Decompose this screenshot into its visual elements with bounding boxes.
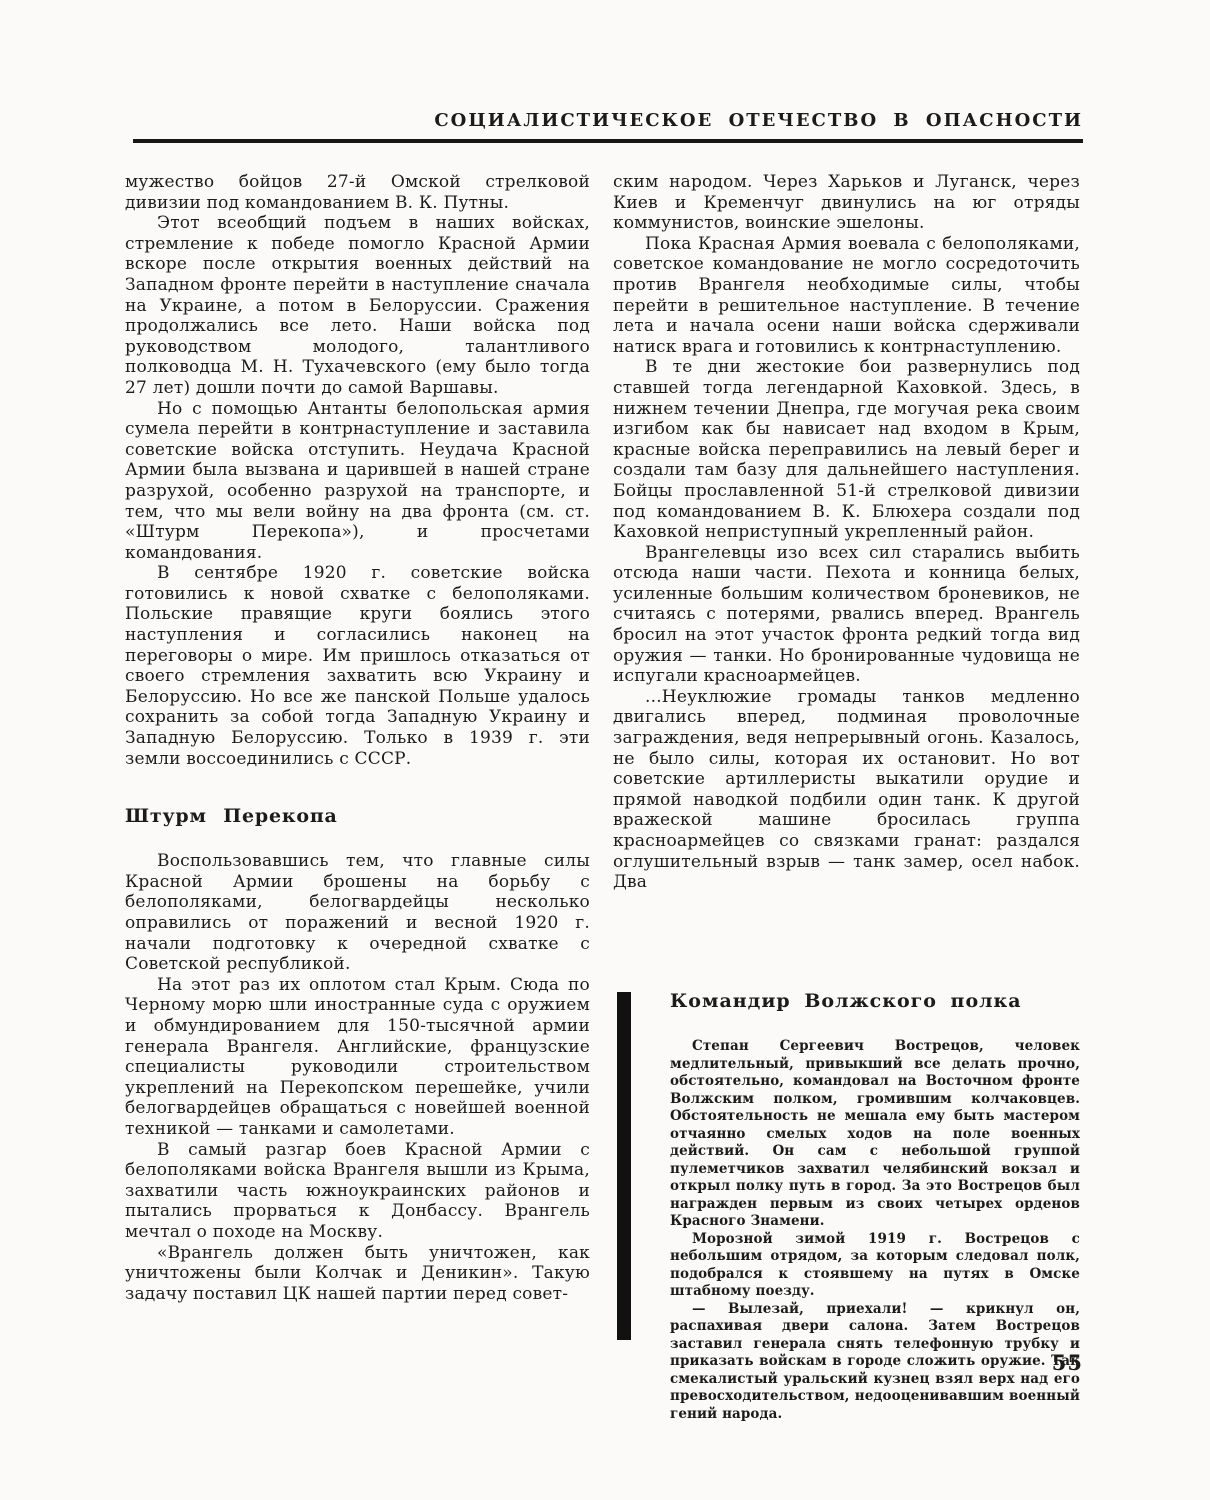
running-title: СОЦИАЛИСТИЧЕСКОЕ ОТЕЧЕСТВО В ОПАСНОСТИ	[133, 110, 1083, 131]
paragraph: ским народом. Через Харьков и Луганск, ч…	[613, 172, 1080, 234]
left-column: мужество бойцов 27-й Омской стрелковой д…	[125, 172, 590, 1304]
sidebar-heading: Командир Волжского полка	[670, 990, 1080, 1012]
book-page: СОЦИАЛИСТИЧЕСКОЕ ОТЕЧЕСТВО В ОПАСНОСТИ м…	[0, 0, 1210, 1500]
section-heading: Штурм Перекопа	[125, 805, 590, 827]
paragraph: В сентябре 1920 г. советские войска гото…	[125, 563, 590, 769]
paragraph: Но с помощью Антанты белопольская армия …	[125, 399, 590, 564]
paragraph: В самый разгар боев Красной Армии с бело…	[125, 1140, 590, 1243]
paragraph: Врангелевцы изо всех сил старались выбит…	[613, 543, 1080, 687]
sidebar-paragraph: Морозной зимой 1919 г. Вострецов с небол…	[670, 1231, 1080, 1301]
paragraph: ...Неуклюжие громады танков медленно дви…	[613, 687, 1080, 893]
sidebar-paragraph: Степан Сергеевич Вострецов, человек медл…	[670, 1038, 1080, 1231]
paragraph: На этот раз их оплотом стал Крым. Сюда п…	[125, 975, 590, 1140]
right-column: ским народом. Через Харьков и Луганск, ч…	[613, 172, 1080, 893]
page-number: 55	[133, 1350, 1083, 1375]
sidebar-accent-bar	[617, 992, 631, 1340]
paragraph: Пока Красная Армия воевала с белополякам…	[613, 234, 1080, 358]
paragraph: мужество бойцов 27-й Омской стрелковой д…	[125, 172, 590, 213]
paragraph: Этот всеобщий подъем в наших войсках, ст…	[125, 213, 590, 398]
paragraph: Воспользовавшись тем, что главные силы К…	[125, 851, 590, 975]
paragraph: В те дни жестокие бои развернулись под с…	[613, 357, 1080, 542]
header-rule	[133, 139, 1083, 143]
paragraph: «Врангель должен быть уничтожен, как уни…	[125, 1243, 590, 1305]
